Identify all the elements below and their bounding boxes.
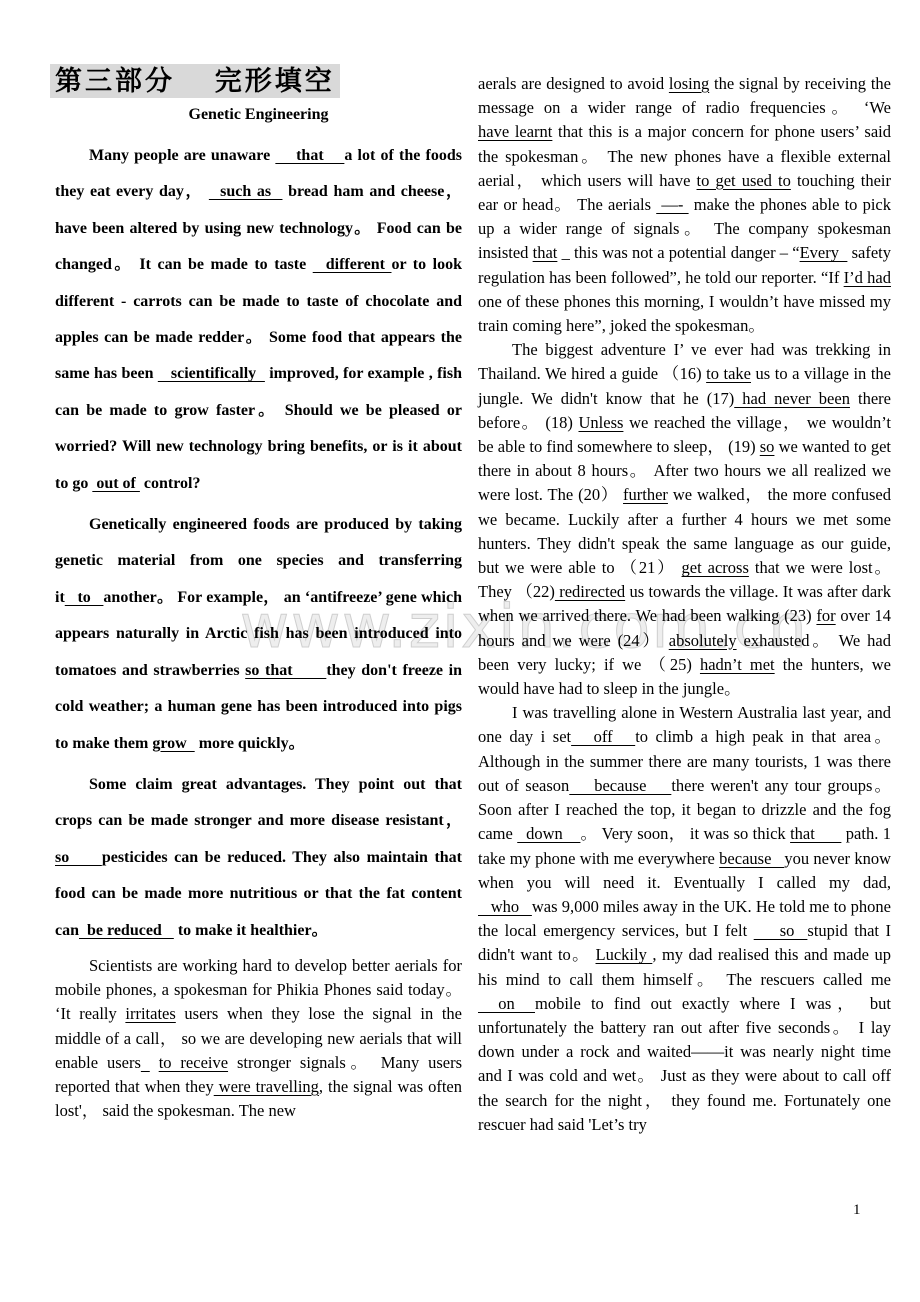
text-run: aerals are designed to avoid [478,74,669,93]
left-column: Many people are unaware that a lot of th… [55,138,462,1123]
blank-answer: to take [706,364,751,383]
blank-answer: off [571,727,635,746]
blank-answer: hadn’t met [700,655,775,674]
blank-answer: down [517,824,580,843]
text-run: Many people are unaware [89,147,275,164]
paragraph: Scientists are working hard to develop b… [55,954,462,1123]
blank-answer: such as [209,183,283,200]
blank-answer: —- [656,195,688,214]
text-run: control? [140,475,201,492]
paragraph: Some claim great advantages. They point … [55,767,462,949]
section-title: 第三部分 完形填空 [50,64,340,98]
blank-answer: redirected [555,582,625,601]
blank-answer: Every [800,243,848,262]
blank-answer: different [313,256,392,273]
document-page: { "header": { "section_title": "第三部分 完形填… [0,0,920,1302]
text-run: more quickly。 [195,735,305,752]
blank-answer: losing [669,74,709,93]
blank-answer: so that [245,662,326,679]
blank-answer: Luckily [596,945,653,964]
blank-answer: be reduced [79,922,174,939]
blank-answer: that [533,243,558,262]
blank-answer: get across [682,558,749,577]
blank-answer: were travelling [214,1077,319,1096]
page-number: 1 [853,1202,861,1219]
right-column: aerals are designed to avoid losing the … [478,72,891,1137]
text-run: improved, for example , fish can be made… [55,365,462,491]
blank-answer: to receive [159,1053,228,1072]
blank-answer: for [816,606,835,625]
blank-answer [141,1053,150,1072]
blank-answer: grow [152,735,194,752]
text-run: one of these phones this morning, I woul… [478,292,891,335]
passage-title: Genetic Engineering [55,106,462,124]
blank-answer: had never been [734,389,850,408]
blank-answer: to get used to [697,171,791,190]
text-run: 。 Very soon， it was so thick [580,824,790,843]
paragraph: The biggest adventure I’ ve ever had was… [478,338,891,701]
blank-answer: because [569,776,671,795]
text-run: to make it healthier。 [174,922,328,939]
blank-answer: I’d had [844,268,891,287]
text-run [150,1053,159,1072]
text-run: mobile to find out exactly where I was， … [478,994,891,1134]
blank-answer: that [275,147,344,164]
paragraph: I was travelling alone in Western Austra… [478,701,891,1137]
blank-answer: scientifically [158,365,265,382]
blank-answer: because [719,849,784,868]
blank-answer: who [478,897,532,916]
blank-answer: have learnt [478,122,552,141]
blank-answer: further [623,485,668,504]
blank-answer: Unless [579,413,624,432]
blank-answer: to [65,589,104,606]
blank-answer: on [478,994,535,1013]
blank-answer: so [754,921,808,940]
text-run: or to look different - carrots can be ma… [55,256,462,382]
paragraph: Genetically engineered foods are produce… [55,507,462,762]
paragraph: Many people are unaware that a lot of th… [55,138,462,502]
paragraph: aerals are designed to avoid losing the … [478,72,891,338]
blank-answer: absolutely [669,631,737,650]
blank-answer: that [790,824,841,843]
blank-answer: irritates [125,1004,175,1023]
blank-answer: so [760,437,775,456]
text-run: Some claim great advantages. They point … [55,776,462,829]
text-run: _ this was not a potential danger – “ [557,243,799,262]
blank-answer: out of [92,475,140,492]
section-title-wrap: 第三部分 完形填空 [50,64,340,98]
blank-answer: so [55,849,102,866]
